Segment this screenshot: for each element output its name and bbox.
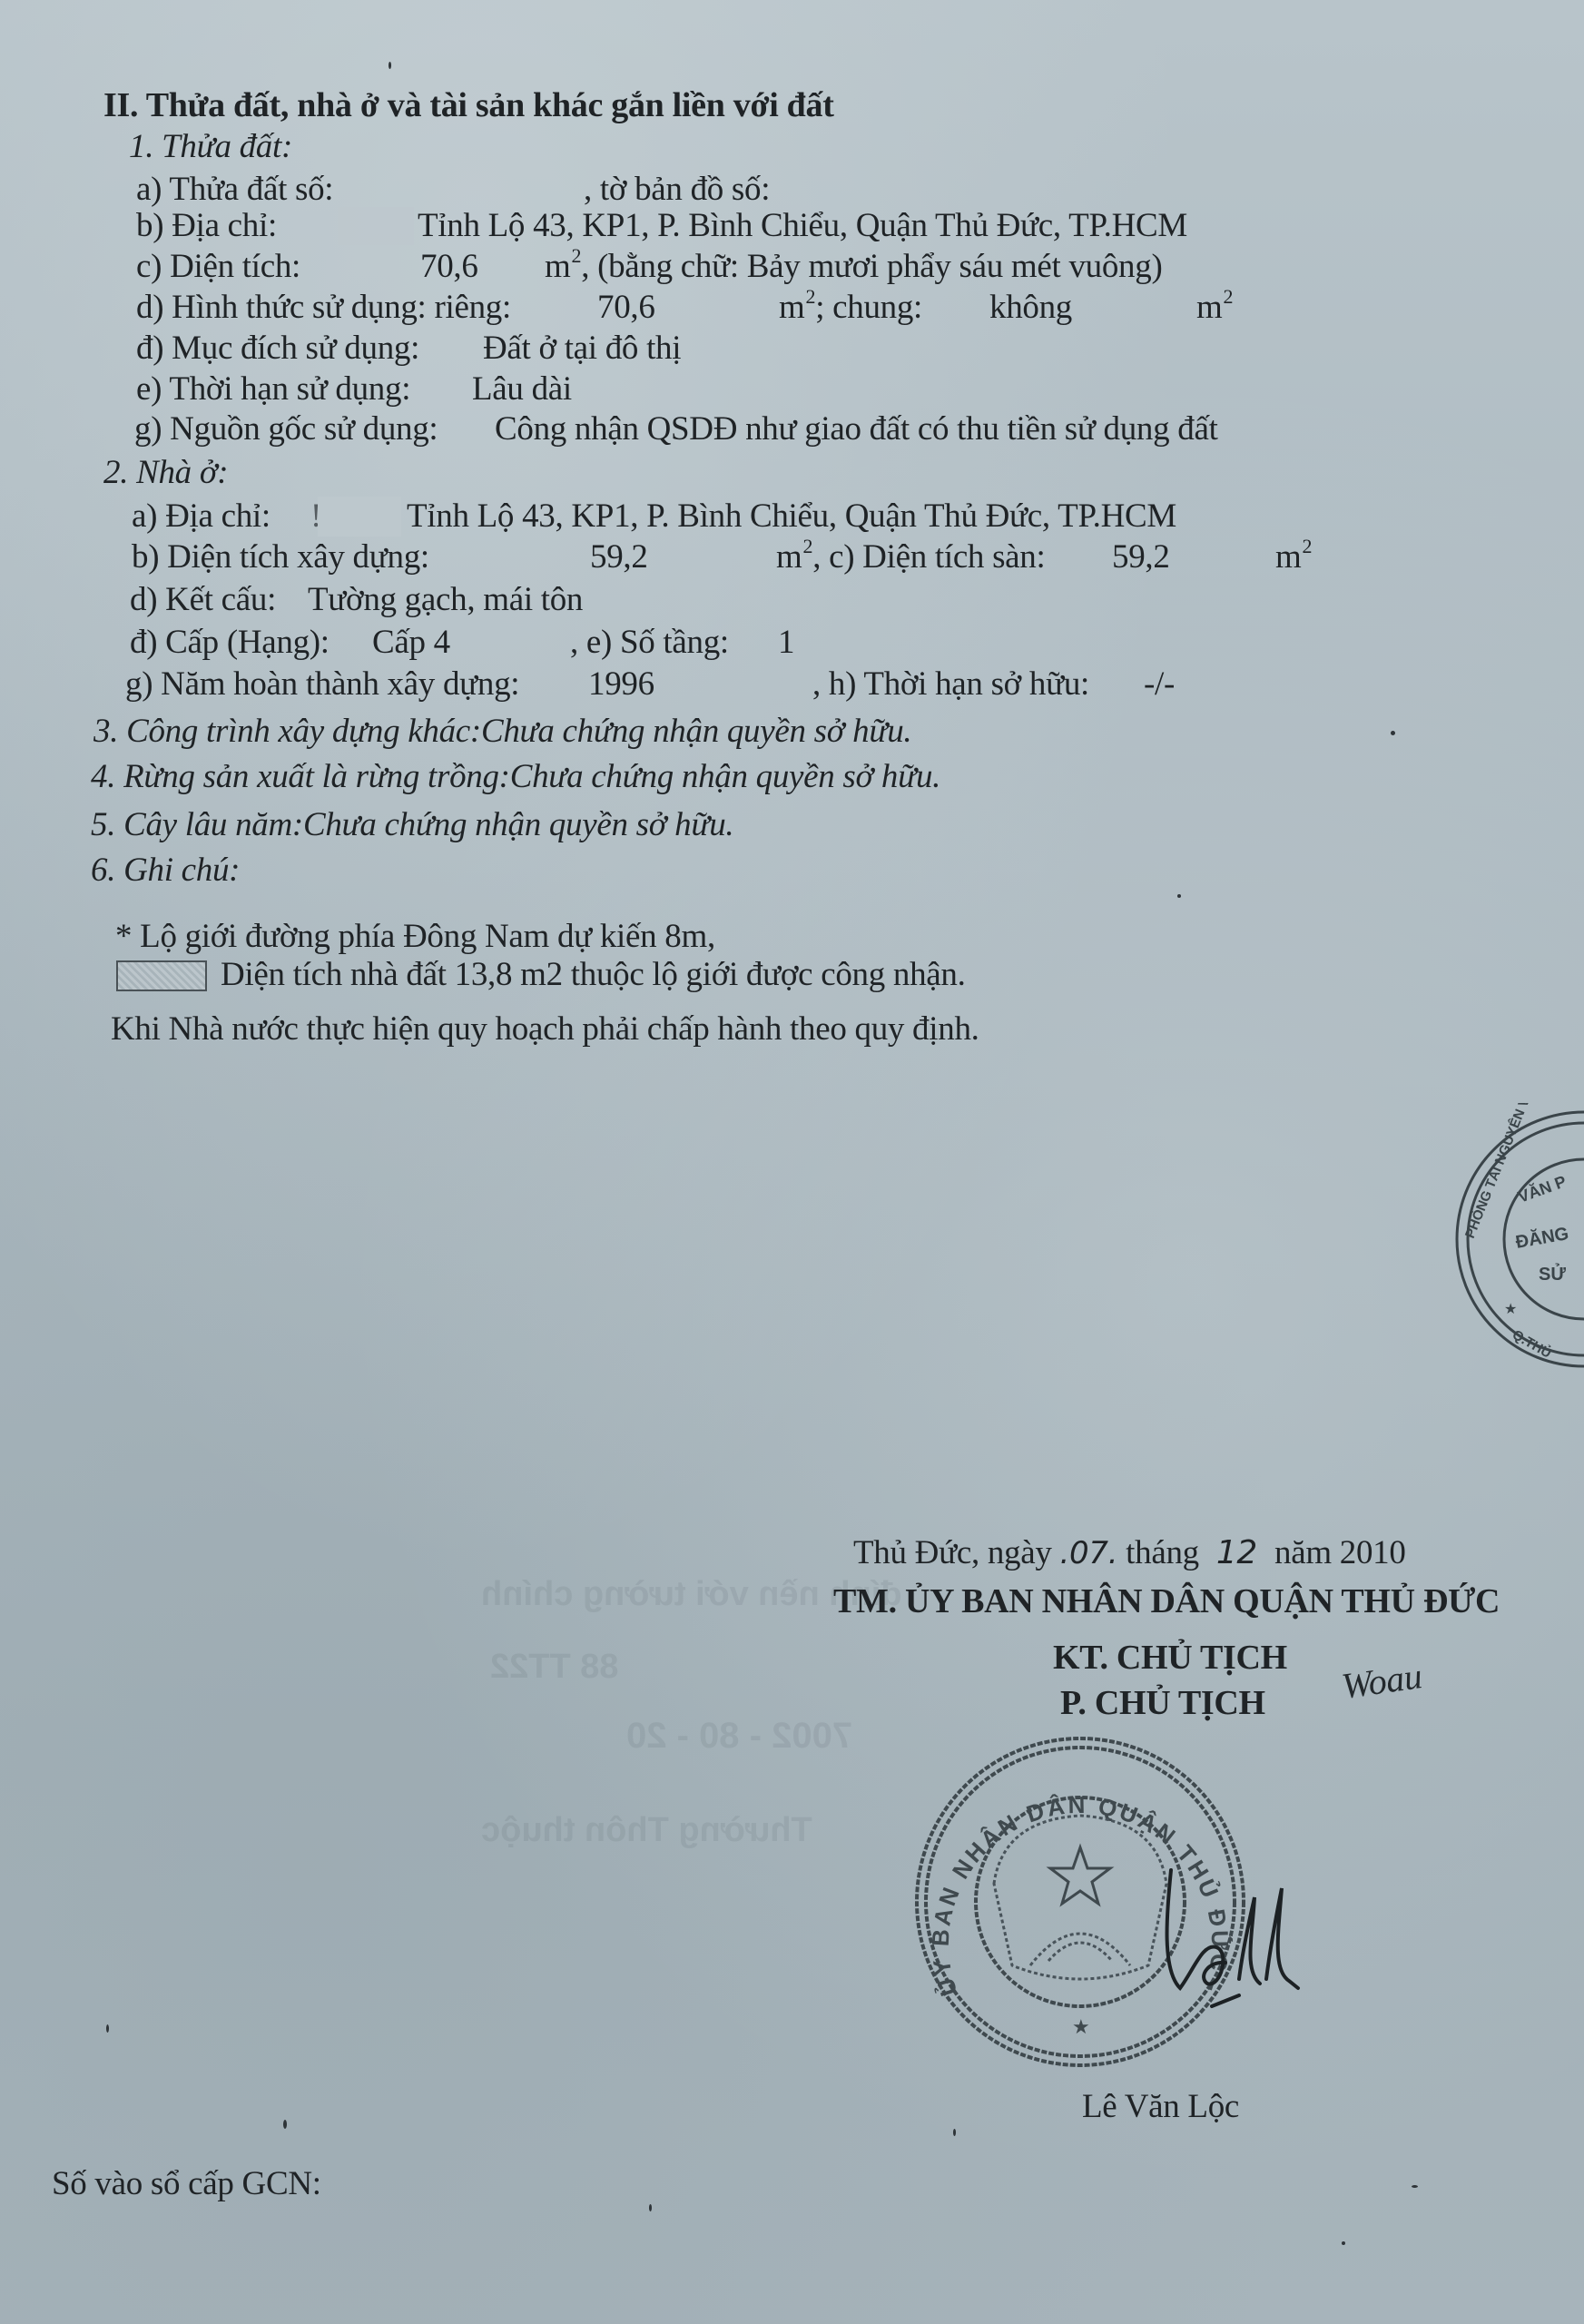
land-area-label: c) Diện tích: xyxy=(136,250,300,283)
stamp-inner-text: VĂN P xyxy=(1515,1171,1569,1206)
parcel-number-label: a) Thửa đất số: xyxy=(136,172,333,206)
stamp-outer-text: PHÒNG TÀI NGUYÊN VÀ xyxy=(1461,1103,1537,1240)
department-stamp: PHÒNG TÀI NGUYÊN VÀ VĂN P ĐĂNG SỬ Q.THỦ … xyxy=(1448,1103,1584,1375)
origin-value: Công nhận QSDĐ như giao đất có thu tiền … xyxy=(495,412,1218,446)
house-address-label: a) Địa chỉ: xyxy=(132,499,271,533)
note-line-1: * Lộ giới đường phía Đông Nam dự kiến 8m… xyxy=(115,920,715,953)
area-in-words: , (bằng chữ: Bảy mươi phẩy sáu mét vuông… xyxy=(581,248,1162,285)
stamp-inner-text: ĐĂNG xyxy=(1514,1223,1570,1253)
signer-role-1: KT. CHỦ TỊCH xyxy=(1053,1640,1287,1675)
perennial-trees: 5. Cây lâu năm:Chưa chứng nhận quyền sở … xyxy=(91,808,733,842)
grade-value: Cấp 4 xyxy=(372,625,450,659)
note-line-2: Diện tích nhà đất 13,8 m2 thuộc lộ giới … xyxy=(221,958,966,991)
ownership-term-label: , h) Thời hạn sở hữu: xyxy=(812,667,1089,701)
section-title: II. Thửa đất, nhà ở và tài sản khác gắn … xyxy=(103,88,834,123)
star-icon: ★ xyxy=(1504,1302,1517,1317)
year-label: g) Năm hoàn thành xây dựng: xyxy=(125,667,519,701)
unit-superscript: 2 xyxy=(1302,535,1312,557)
date-month: 12 xyxy=(1216,1534,1257,1571)
other-construction-value: Chưa chứng nhận quyền sở hữu. xyxy=(481,713,911,750)
unit: m xyxy=(776,538,802,576)
floor-area-value: 59,2 xyxy=(1112,540,1170,574)
purpose-value: Đất ở tại đô thị xyxy=(483,331,681,365)
built-area-value: 59,2 xyxy=(590,540,648,574)
star-icon xyxy=(1050,1847,1110,1904)
house-address-value: Tỉnh Lộ 43, KP1, P. Bình Chiểu, Quận Thủ… xyxy=(407,499,1176,533)
unit: m xyxy=(779,289,804,326)
floors-label: , e) Số tầng: xyxy=(570,625,729,659)
land-heading: 1. Thửa đất: xyxy=(129,130,292,163)
date-prefix: Thủ Đức, ngày xyxy=(853,1534,1052,1571)
initials: Woau xyxy=(1340,1658,1424,1705)
speck xyxy=(1342,2241,1345,2245)
speck xyxy=(389,62,391,69)
speck xyxy=(106,2024,109,2033)
note-line-3: Khi Nhà nước thực hiện quy hoạch phải ch… xyxy=(111,1012,979,1046)
origin-label: g) Nguồn gốc sử dụng: xyxy=(134,412,438,446)
purpose-label: đ) Mục đích sử dụng: xyxy=(136,331,419,365)
structure-value: Tường gạch, mái tôn xyxy=(308,583,583,616)
perennial-trees-value: Chưa chứng nhận quyền sở hữu. xyxy=(303,806,733,843)
unit-superscript: 2 xyxy=(805,285,815,308)
redacted-house-number xyxy=(338,207,414,245)
speck xyxy=(283,2120,287,2129)
structure-label: d) Kết cấu: xyxy=(130,583,276,616)
show-through-text: Thường Thôn thuộc xyxy=(481,1811,812,1850)
term-label: e) Thời hạn sử dụng: xyxy=(136,372,410,406)
stamp-inner-text: SỬ xyxy=(1539,1263,1566,1285)
floors-value: 1 xyxy=(778,625,794,659)
signer-role-2: P. CHỦ TỊCH xyxy=(1060,1686,1265,1720)
usage-private-value: 70,6 xyxy=(597,290,655,324)
unit: m xyxy=(1275,538,1301,576)
star-icon: ★ xyxy=(1072,2015,1090,2038)
floor-area-unit: m2 xyxy=(1275,540,1312,574)
signer-name: Lê Văn Lộc xyxy=(1082,2090,1239,2123)
land-address-label: b) Địa chỉ: xyxy=(136,209,277,242)
usage-common-value: không xyxy=(989,290,1072,324)
unit-superscript: 2 xyxy=(571,244,581,267)
planted-forest-value: Chưa chứng nhận quyền sở hữu. xyxy=(510,758,940,795)
speck xyxy=(1177,894,1181,898)
built-area-label: b) Diện tích xây dựng: xyxy=(132,540,429,574)
hatched-area-legend xyxy=(116,960,207,991)
other-construction: 3. Công trình xây dựng khác:Chưa chứng n… xyxy=(93,714,911,748)
speck xyxy=(1412,2185,1418,2188)
show-through-text: 7002 - 80 - 20 xyxy=(626,1716,852,1757)
usage-form-label: d) Hình thức sử dụng: riêng: xyxy=(136,290,511,324)
year-value: 1996 xyxy=(588,667,654,701)
date-year: 2010 xyxy=(1340,1534,1406,1571)
land-area-value: 70,6 xyxy=(420,250,478,283)
floor-area-label: , c) Diện tích sàn: xyxy=(812,538,1045,576)
signature xyxy=(1153,1861,1307,2015)
unit-superscript: 2 xyxy=(802,535,812,557)
month-label: tháng xyxy=(1126,1534,1199,1571)
notes-heading: 6. Ghi chú: xyxy=(91,853,240,887)
issue-date: Thủ Đức, ngày .07. tháng 12 năm 2010 xyxy=(853,1536,1406,1570)
other-construction-label: 3. Công trình xây dựng khác: xyxy=(93,713,481,750)
speck xyxy=(953,2129,956,2136)
speck xyxy=(1391,731,1395,735)
land-area-words: m2, (bằng chữ: Bảy mươi phẩy sáu mét vuô… xyxy=(545,250,1162,283)
house-heading: 2. Nhà ở: xyxy=(103,456,228,489)
issuing-authority: TM. ỦY BAN NHÂN DÂN QUẬN THỦ ĐỨC xyxy=(833,1584,1500,1619)
usage-common-unit: m2 xyxy=(1196,290,1233,324)
grade-label: đ) Cấp (Hạng): xyxy=(130,625,330,659)
unit: m xyxy=(1196,289,1222,326)
term-value: Lâu dài xyxy=(472,372,572,406)
show-through-text: 88 TT22 xyxy=(490,1648,619,1687)
land-address-value: Tỉnh Lộ 43, KP1, P. Bình Chiểu, Quận Thủ… xyxy=(418,209,1187,242)
date-day: .07. xyxy=(1060,1535,1118,1571)
planted-forest: 4. Rừng sản xuất là rừng trồng:Chưa chứn… xyxy=(91,760,940,793)
perennial-trees-label: 5. Cây lâu năm: xyxy=(91,806,303,843)
usage-common-label: ; chung: xyxy=(815,289,922,326)
floor-area: m2, c) Diện tích sàn: xyxy=(776,540,1046,574)
ownership-term-value: -/- xyxy=(1144,667,1175,701)
registry-number-label: Số vào sổ cấp GCN: xyxy=(52,2167,321,2201)
unit-superscript: 2 xyxy=(1223,285,1233,308)
redacted-house-number xyxy=(318,497,401,537)
usage-common: m2; chung: xyxy=(779,290,922,324)
map-sheet-label: , tờ bản đồ số: xyxy=(584,172,770,206)
year-label: năm xyxy=(1274,1534,1332,1571)
planted-forest-label: 4. Rừng sản xuất là rừng trồng: xyxy=(91,758,510,795)
speck xyxy=(649,2204,652,2211)
unit: m xyxy=(545,248,570,285)
